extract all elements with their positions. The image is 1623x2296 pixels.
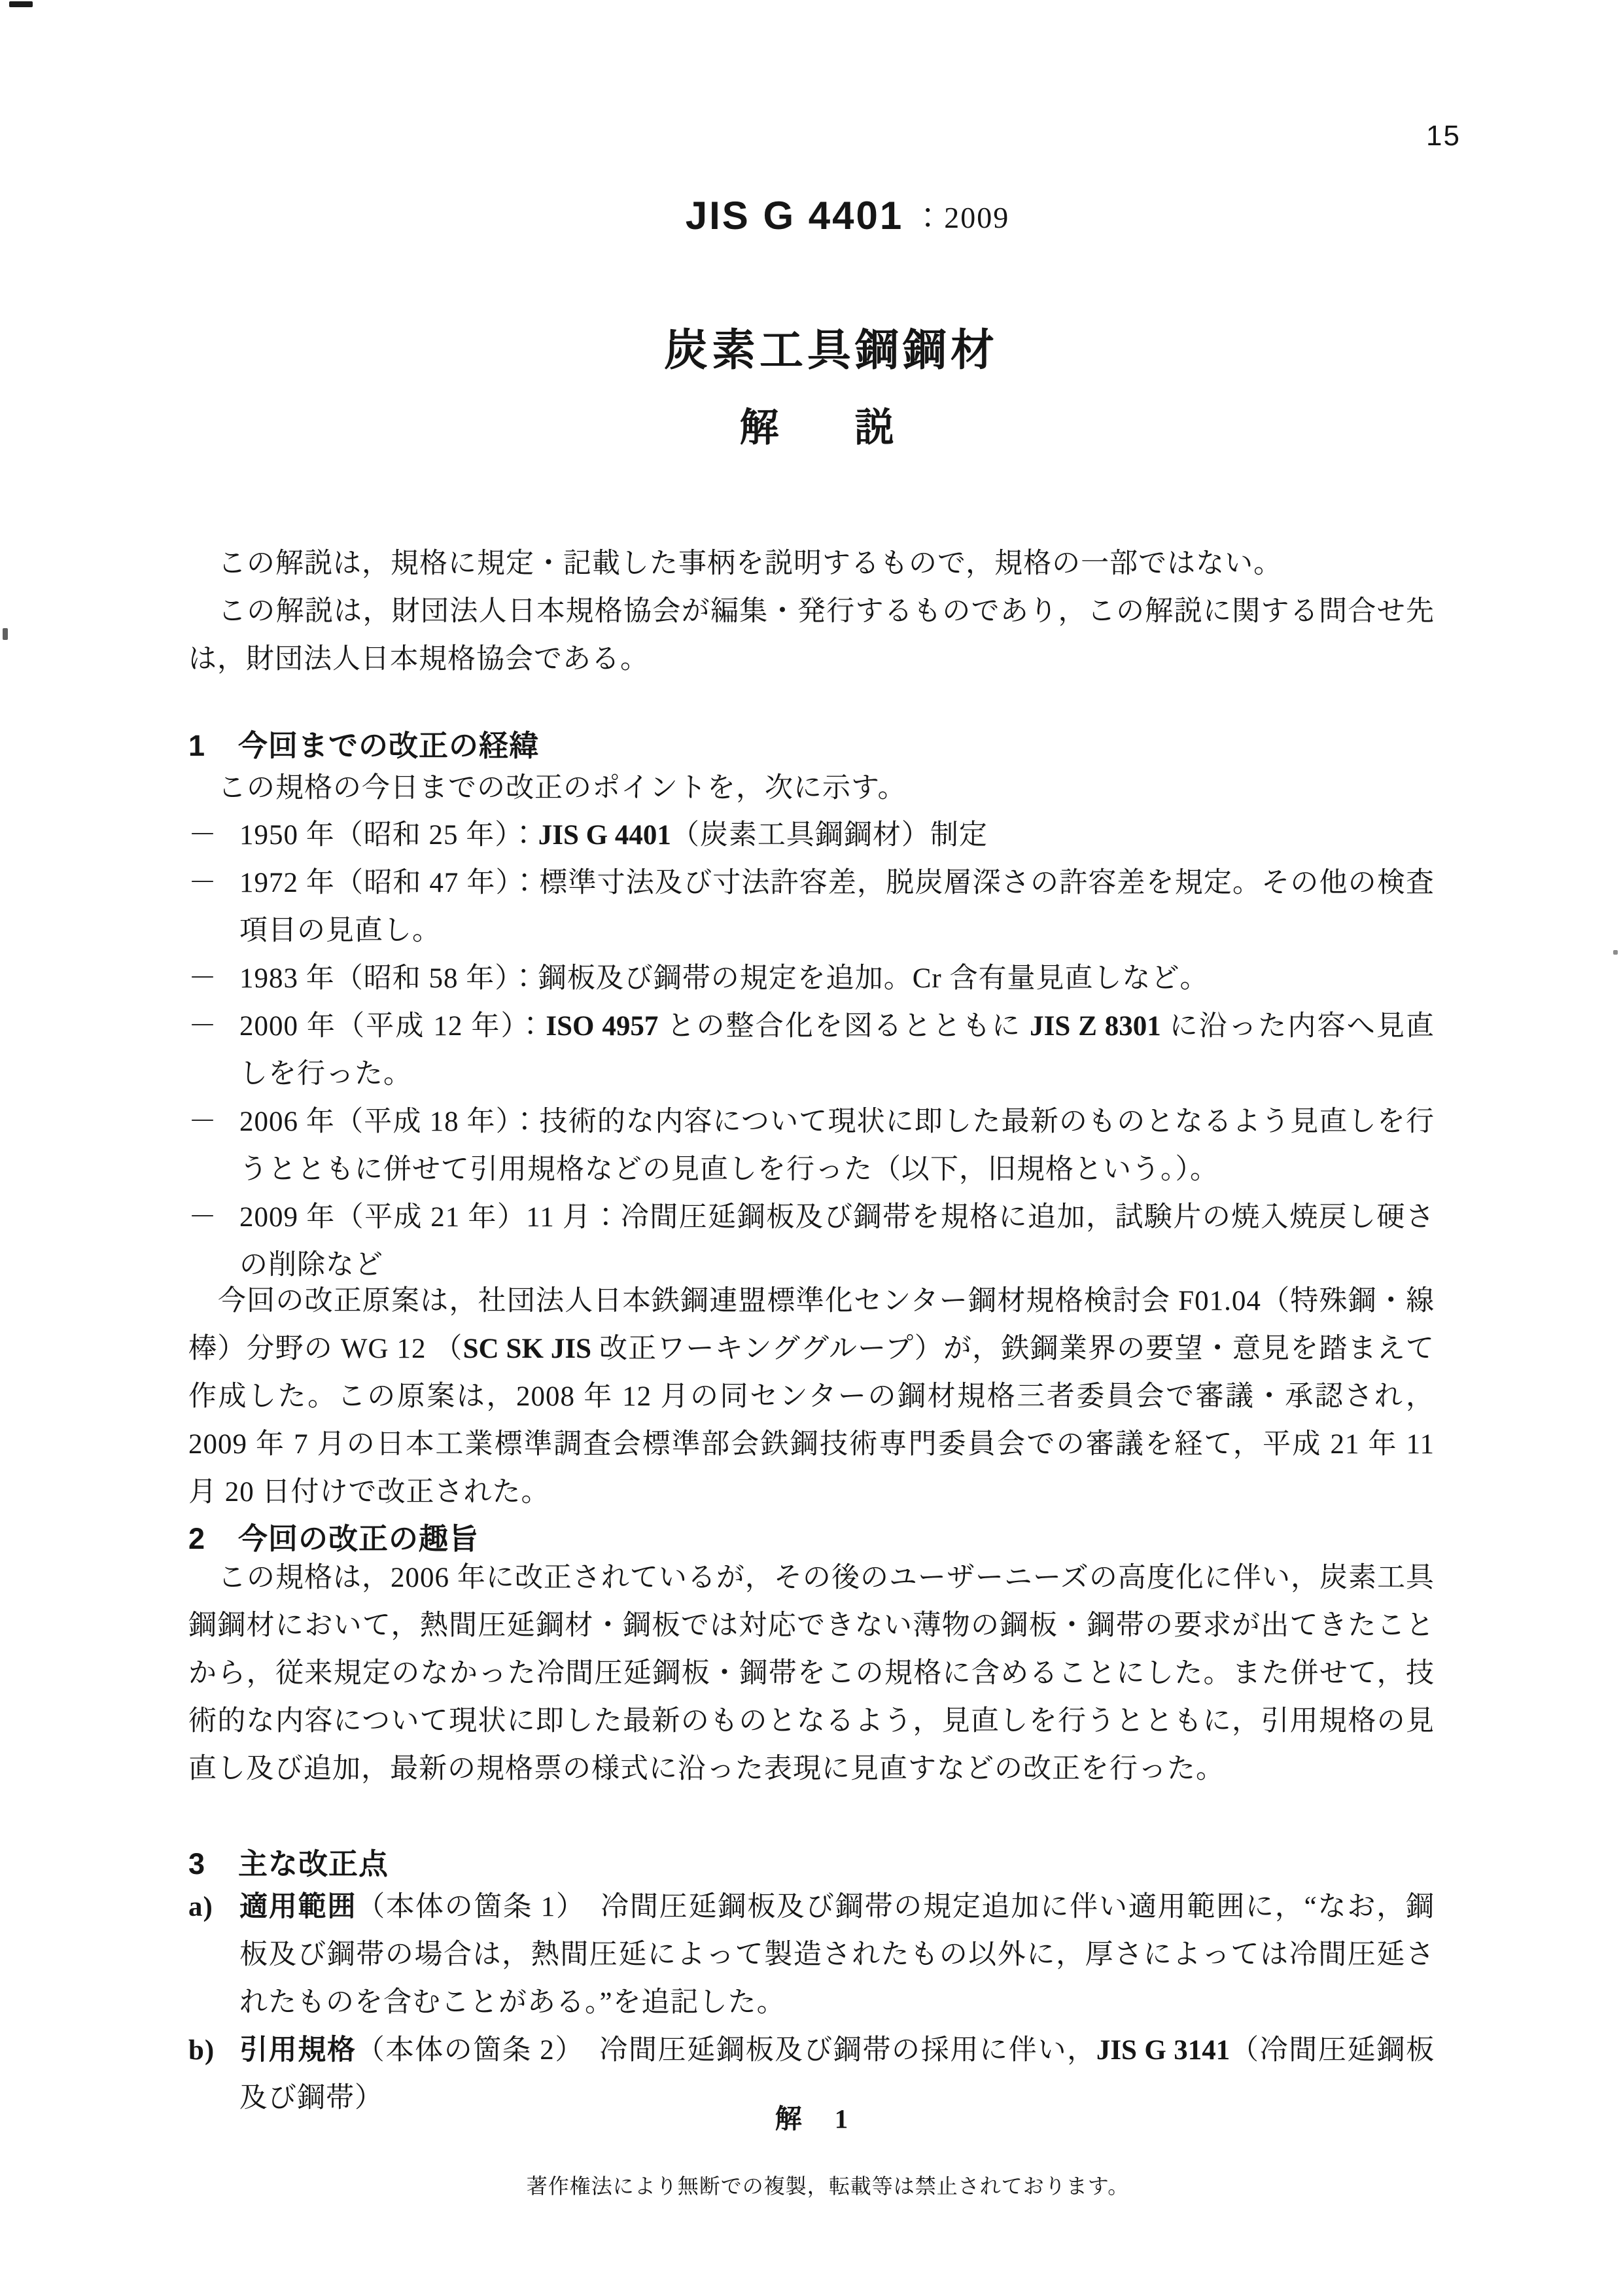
section-2-title: 今回の改正の趣旨 (238, 1522, 479, 1555)
dash-icon: － (188, 859, 217, 907)
footer-page-number: 1 (835, 2104, 848, 2134)
item-clause-ref: （本体の箇条 1） (357, 1892, 601, 1922)
document-page: 15 JIS G 4401：2009 炭素工具鋼鋼材 解 説 この解説は，規格に… (0, 0, 1623, 2296)
dash-icon: － (188, 1002, 217, 1050)
section-2-number: 2 (188, 1522, 238, 1556)
item-label: 引用規格 (239, 2034, 357, 2066)
main-changes-list: a) 適用範囲（本体の箇条 1） 冷間圧延鋼板及び鋼帯の規定追加に伴い適用範囲に… (188, 1883, 1435, 2122)
item-label: 適用範囲 (239, 1891, 357, 1922)
dash-icon: － (188, 1193, 217, 1241)
scan-artifact (9, 1, 33, 7)
section-2-paragraph: この規格は，2006 年に改正されているが，その後のユーザーニーズの高度化に伴い… (188, 1554, 1435, 1793)
page-number: 15 (1426, 120, 1461, 152)
item-clause-ref: （本体の箇条 2） (357, 2035, 600, 2066)
dash-icon: － (188, 955, 217, 1002)
history-item-1950: － 1950 年（昭和 25 年）：JIS G 4401（炭素工具鋼鋼材）制定 (188, 811, 1435, 859)
revision-history-list: － 1950 年（昭和 25 年）：JIS G 4401（炭素工具鋼鋼材）制定 … (188, 811, 1435, 1289)
copyright-notice: 著作権法により無断での複製，転載等は禁止されております。 (16, 2170, 1623, 2200)
scan-artifact (3, 628, 8, 640)
section-2-heading: 2今回の改正の趣旨 (188, 1515, 1435, 1557)
item-marker: b) (188, 2026, 215, 2074)
history-item-text: 1950 年（昭和 25 年）：JIS G 4401（炭素工具鋼鋼材）制定 (239, 820, 988, 851)
standard-year: ：2009 (913, 201, 1009, 234)
section-1-number: 1 (188, 729, 238, 763)
dash-icon: － (188, 811, 217, 859)
section-1-heading: 1今回までの改正の経緯 (188, 722, 1435, 764)
change-item-a: a) 適用範囲（本体の箇条 1） 冷間圧延鋼板及び鋼帯の規定追加に伴い適用範囲に… (188, 1883, 1435, 2026)
history-item-text: 1972 年（昭和 47 年）：標準寸法及び寸法許容差，脱炭層深さの許容差を規定… (239, 868, 1435, 946)
preamble-paragraph-1: この解説は，規格に規定・記載した事柄を説明するもので，規格の一部ではない。 (188, 540, 1435, 588)
history-item-1983: － 1983 年（昭和 58 年）：鋼板及び鋼帯の規定を追加。Cr 含有量見直し… (188, 955, 1435, 1002)
item-marker: a) (188, 1883, 213, 1931)
section-3-title: 主な改正点 (238, 1847, 389, 1881)
section-3-number: 3 (188, 1847, 238, 1881)
history-item-2009: － 2009 年（平成 21 年）11 月：冷間圧延鋼板及び鋼帯を規格に追加，試… (188, 1193, 1435, 1289)
document-title: 炭素工具鋼鋼材 (20, 315, 1623, 378)
history-item-text: 1983 年（昭和 58 年）：鋼板及び鋼帯の規定を追加。Cr 含有量見直しなど… (239, 963, 1209, 994)
scan-artifact (1613, 950, 1618, 955)
history-item-2006: － 2006 年（平成 18 年）：技術的な内容について現状に即した最新のものと… (188, 1098, 1435, 1193)
document-subtitle: 解 説 (14, 397, 1623, 453)
standard-number-line: JIS G 4401：2009 (36, 193, 1623, 238)
history-item-text: 2006 年（平成 18 年）：技術的な内容について現状に即した最新のものとなる… (239, 1106, 1435, 1185)
history-item-text: 2009 年（平成 21 年）11 月：冷間圧延鋼板及び鋼帯を規格に追加，試験片… (239, 1202, 1435, 1280)
footer-page-label: 解1 (0, 2097, 1623, 2136)
section-1-intro: この規格の今日までの改正のポイントを，次に示す。 (188, 764, 1435, 812)
section-1-title: 今回までの改正の経緯 (238, 729, 539, 762)
standard-code: JIS G 4401 (686, 194, 904, 238)
dash-icon: － (188, 1098, 217, 1146)
section-1-closing-paragraph: 今回の改正原案は，社団法人日本鉄鋼連盟標準化センター鋼材規格検討会 F01.04… (188, 1277, 1435, 1516)
history-item-text: 2000 年（平成 12 年）：ISO 4957 との整合化を図るとともに JI… (239, 1011, 1435, 1089)
history-item-1972: － 1972 年（昭和 47 年）：標準寸法及び寸法許容差，脱炭層深さの許容差を… (188, 859, 1435, 955)
preamble: この解説は，規格に規定・記載した事柄を説明するもので，規格の一部ではない。 この… (188, 540, 1435, 683)
section-3-heading: 3主な改正点 (188, 1840, 1435, 1882)
footer-kai: 解 (775, 2104, 802, 2134)
preamble-paragraph-2: この解説は，財団法人日本規格協会が編集・発行するものであり，この解説に関する問合… (188, 588, 1435, 683)
history-item-2000: － 2000 年（平成 12 年）：ISO 4957 との整合化を図るとともに … (188, 1002, 1435, 1098)
